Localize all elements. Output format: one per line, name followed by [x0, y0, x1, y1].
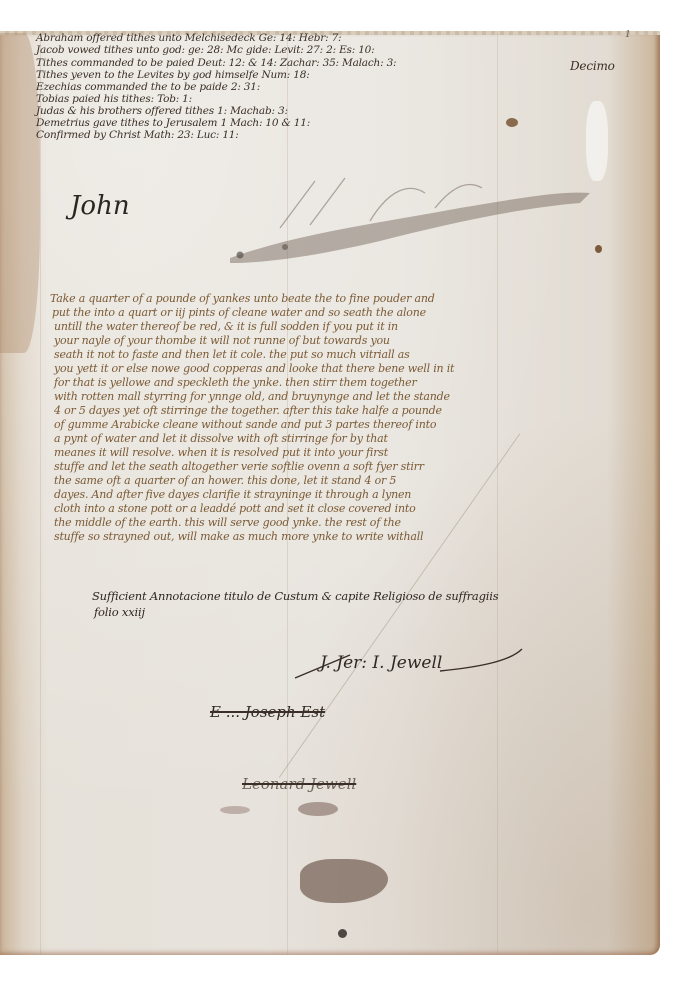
- recipe-line: with rotten mall styrring for ynnge old,…: [54, 390, 450, 403]
- recipe-line: the middle of the earth. this will serve…: [54, 516, 401, 529]
- ink-blot: [300, 859, 388, 903]
- note-line: Confirmed by Christ Math: 23: Luc: 11:: [36, 129, 239, 141]
- ink-smear-drawing: [220, 163, 600, 273]
- reference-line: folio xxiij: [94, 605, 145, 619]
- note-line: Tithes yeven to the Levites by god himse…: [36, 69, 310, 81]
- note-line: Demetrius gave tithes to Jerusalem 1 Mac…: [36, 117, 310, 129]
- recipe-line: of gumme Arabicke cleane without sande a…: [54, 418, 436, 431]
- recipe-line: a pynt of water and let it dissolve with…: [54, 432, 388, 445]
- recipe-line: meanes it will resolve. when it is resol…: [54, 446, 388, 459]
- recipe-line: stuffe and let the seath altogether veri…: [54, 460, 424, 473]
- ink-blot: [220, 806, 250, 814]
- recipe-line: cloth into a stone pott or a leaddé pott…: [54, 502, 416, 515]
- name-flourish: John: [70, 191, 130, 221]
- signature-struck-1: E ... Joseph Est: [210, 703, 325, 721]
- signature-struck-2: Leonard Jewell: [242, 775, 356, 793]
- recipe-line: stuffe so strayned out, will make as muc…: [54, 530, 423, 543]
- signature-flourish: [290, 643, 530, 683]
- recipe-line: put the into a quart or iij pints of cle…: [52, 306, 426, 319]
- note-line: Tobias paied his tithes: Tob: 1:: [36, 93, 192, 105]
- recipe-line: 4 or 5 dayes yet oft stirringe the toget…: [54, 404, 442, 417]
- note-line: Ezechias commanded the to be paide 2: 31…: [36, 81, 260, 93]
- paper-chain-line: [40, 33, 41, 955]
- margin-note: Decimo: [570, 59, 615, 73]
- recipe-line: dayes. And after five dayes clarifie it …: [54, 488, 411, 501]
- manuscript-page: Abraham offered tithes unto Melchisedeck…: [0, 33, 660, 955]
- note-line: Jacob vowed tithes unto god: ge: 28: Mc …: [36, 44, 375, 56]
- reference-line: Sufficient Annotacione titulo de Custum …: [92, 589, 498, 603]
- recipe-line: the same oft a quarter of an hower. this…: [54, 474, 396, 487]
- ink-spot: [506, 118, 518, 127]
- recipe-line: seath it not to faste and then let it co…: [54, 348, 410, 361]
- folio-number: 1: [625, 30, 631, 40]
- recipe-line: for that is yellowe and speckleth the yn…: [54, 376, 417, 389]
- ink-blot: [298, 802, 338, 816]
- recipe-line: your nayle of your thombe it will not ru…: [54, 334, 390, 347]
- edge-stain: [0, 33, 40, 353]
- ink-spot: [338, 929, 347, 938]
- recipe-line: Take a quarter of a pounde of yankes unt…: [50, 292, 435, 305]
- recipe-line: you yett it or else nowe good copperas a…: [54, 362, 454, 375]
- note-line: Judas & his brothers offered tithes 1: M…: [36, 105, 288, 117]
- note-line: Abraham offered tithes unto Melchisedeck…: [36, 32, 341, 44]
- note-line: Tithes commanded to be paied Deut: 12: &…: [36, 57, 396, 69]
- recipe-line: untill the water thereof be red, & it is…: [54, 320, 398, 333]
